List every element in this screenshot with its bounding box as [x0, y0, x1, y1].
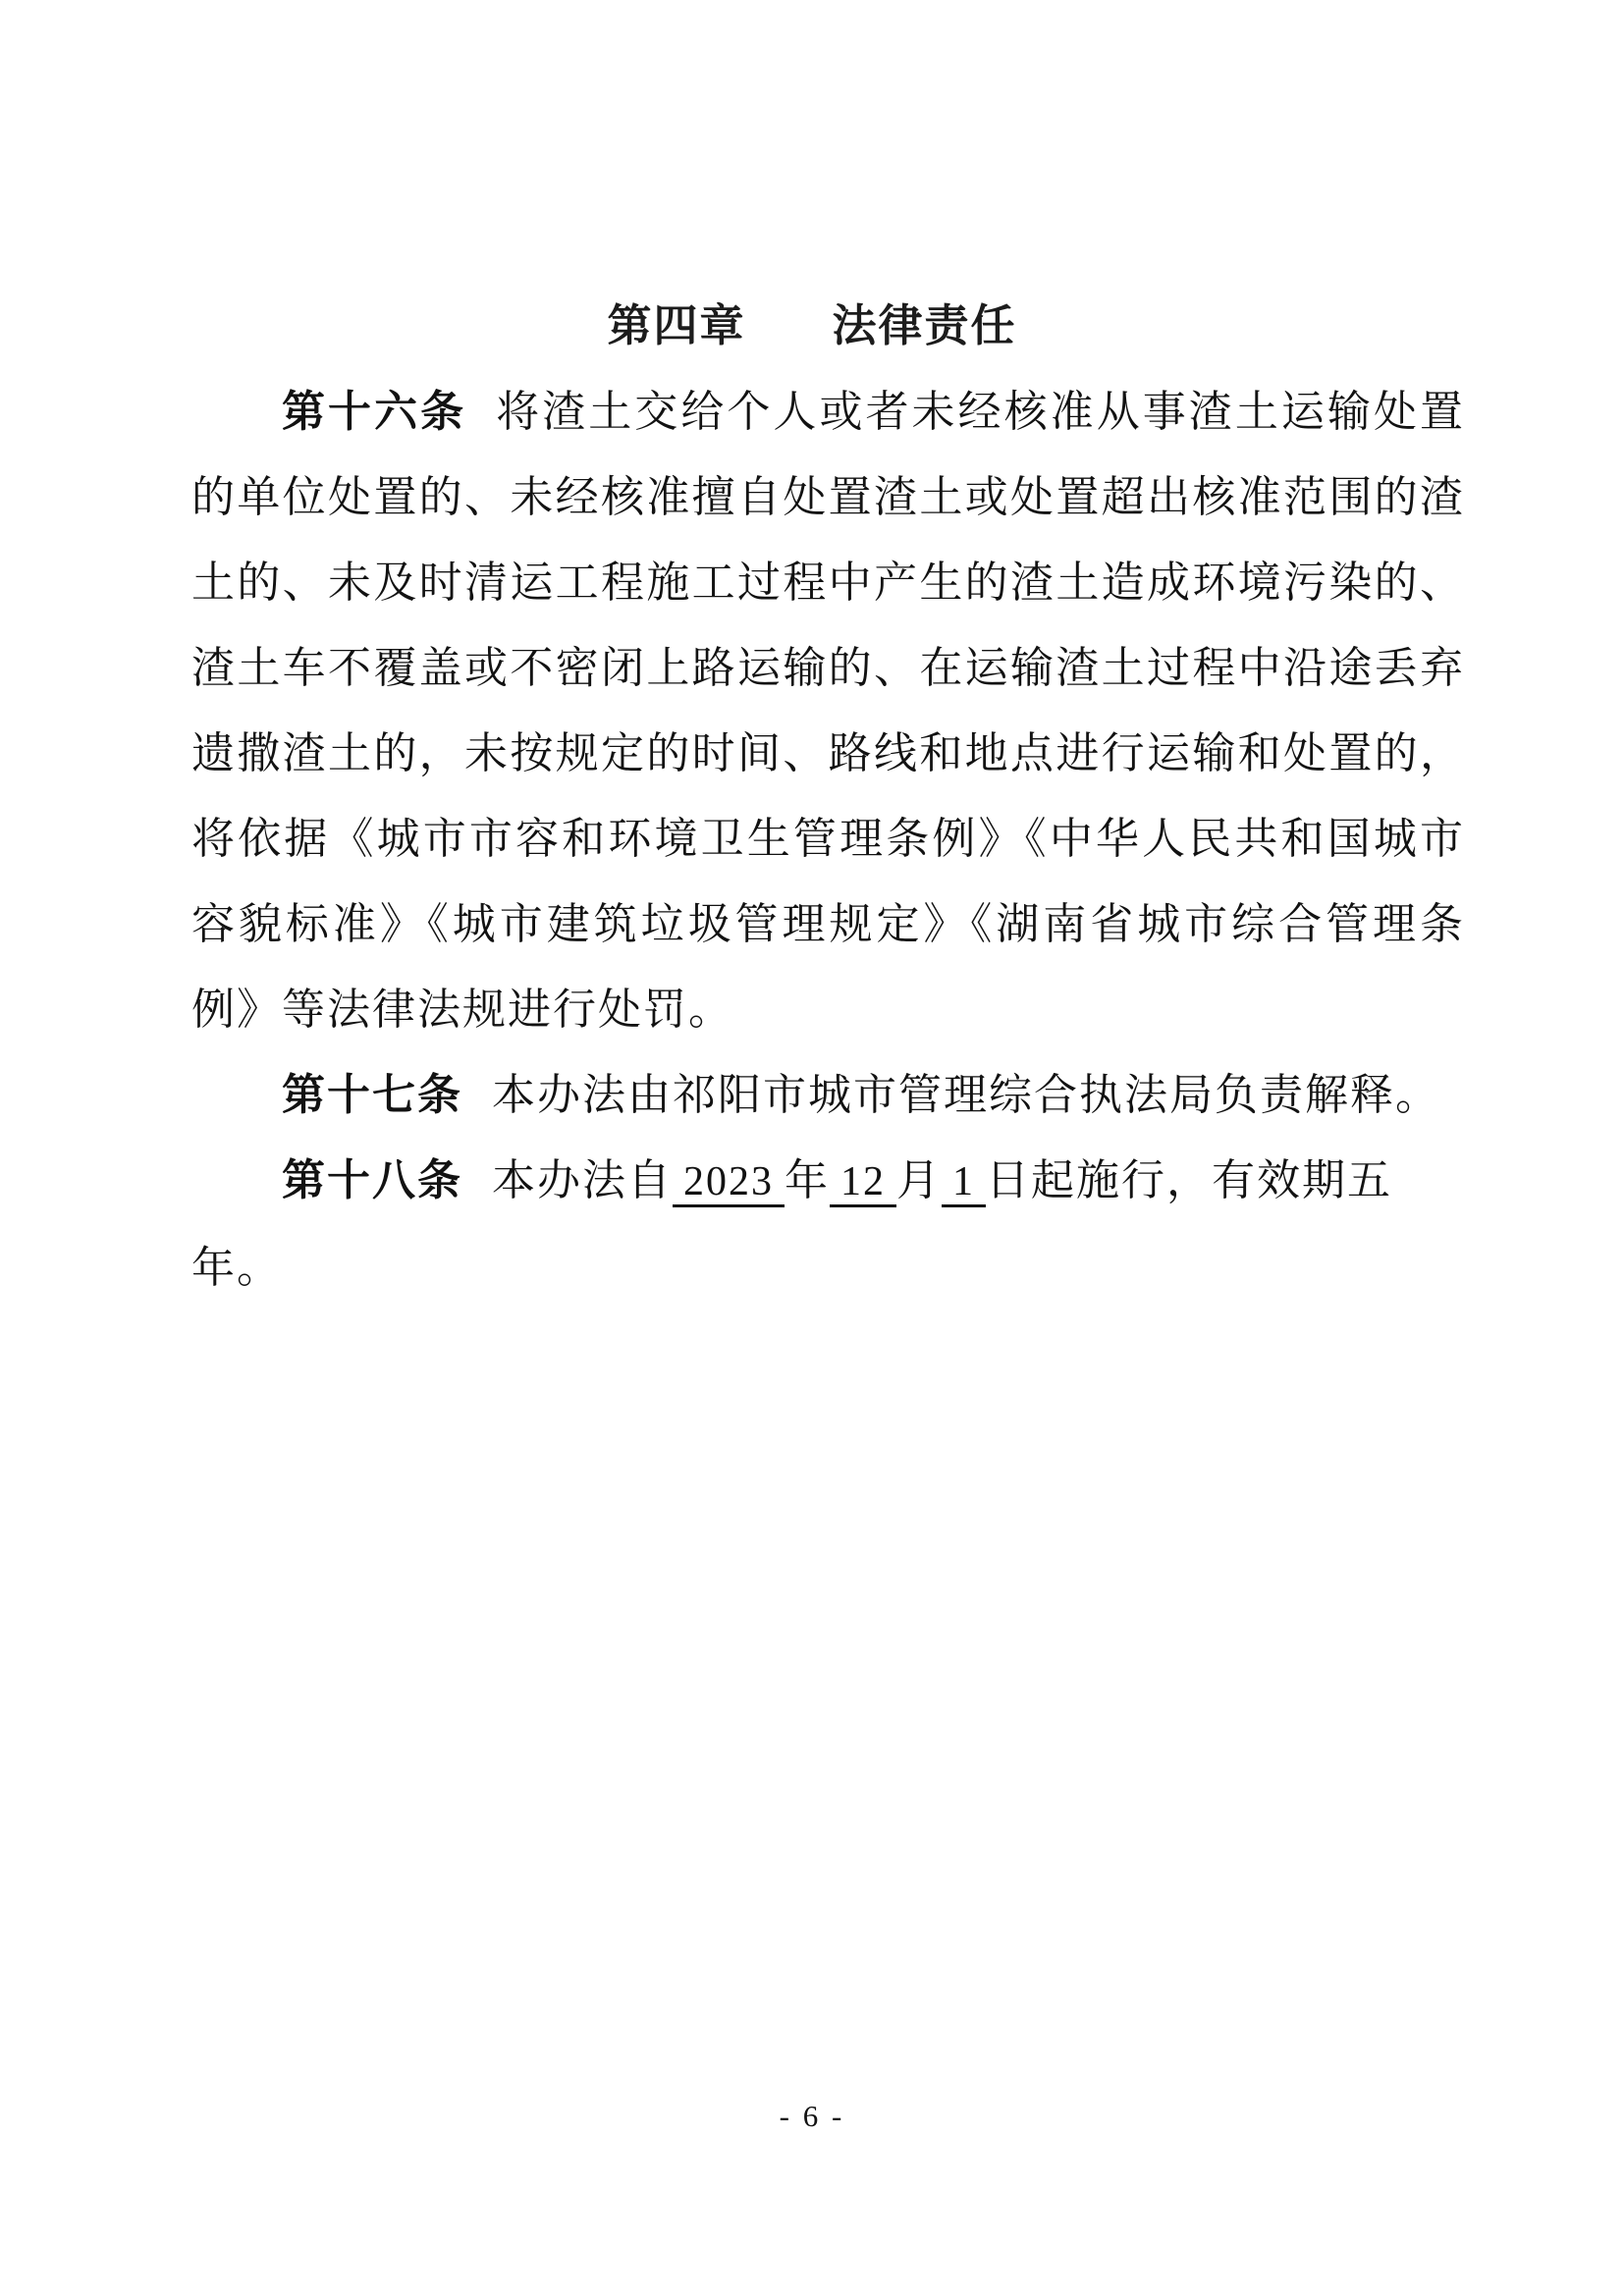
article-16-label: 第十六条	[282, 388, 466, 436]
article-16-line: 遗撒渣土的，未按规定的时间、路线和地点进行运输和处置的，	[191, 711, 1465, 796]
chapter-number: 第四章	[607, 297, 745, 354]
article-16-line: 渣土车不覆盖或不密闭上路运输的、在运输渣土过程中沿途丢弃	[191, 625, 1465, 711]
article-16-line: 的单位处置的、未经核准擅自处置渣土或处置超出核准范围的渣	[191, 454, 1465, 540]
article-18-text-prefix: 本办法自	[492, 1156, 673, 1204]
article-17-line: 第十七条本办法由祁阳市城市管理综合执法局负责解释。	[191, 1052, 1465, 1138]
document-page: 第四章 法律责任 第十六条将渣土交给个人或者未经核准从事渣土运输处置 的单位处置…	[0, 0, 1624, 2296]
article-16-line: 第十六条将渣土交给个人或者未经核准从事渣土运输处置	[191, 369, 1465, 454]
year-character: 年	[785, 1156, 830, 1204]
article-16-line: 例》等法律法规进行处罚。	[191, 967, 1465, 1052]
article-16-line: 土的、未及时清运工程施工过程中产生的渣土造成环境污染的、	[191, 540, 1465, 625]
effective-day-value: 1	[942, 1159, 986, 1207]
article-16-text: 将渣土交给个人或者未经核准从事渣土运输处置	[496, 388, 1465, 436]
effective-month-value: 12	[830, 1159, 896, 1207]
effective-year-value: 2023	[673, 1159, 785, 1207]
article-18-label: 第十八条	[282, 1156, 462, 1204]
article-18-line: 第十八条本办法自2023年12月1日起施行，有效期五年。	[191, 1138, 1465, 1310]
month-character: 月	[896, 1156, 942, 1204]
page-number: - 6 -	[0, 2099, 1624, 2134]
article-17-text: 本办法由祁阳市城市管理综合执法局负责解释。	[492, 1071, 1440, 1119]
article-17-label: 第十七条	[282, 1071, 462, 1119]
chapter-title: 法律责任	[833, 297, 1017, 354]
document-body: 第十六条将渣土交给个人或者未经核准从事渣土运输处置 的单位处置的、未经核准擅自处…	[191, 369, 1465, 1310]
chapter-heading: 第四章 法律责任	[0, 297, 1624, 354]
article-16-line: 将依据《城市市容和环境卫生管理条例》《中华人民共和国城市	[191, 796, 1465, 881]
article-16-line: 容貌标准》《城市建筑垃圾管理规定》《湖南省城市综合管理条	[191, 881, 1465, 967]
